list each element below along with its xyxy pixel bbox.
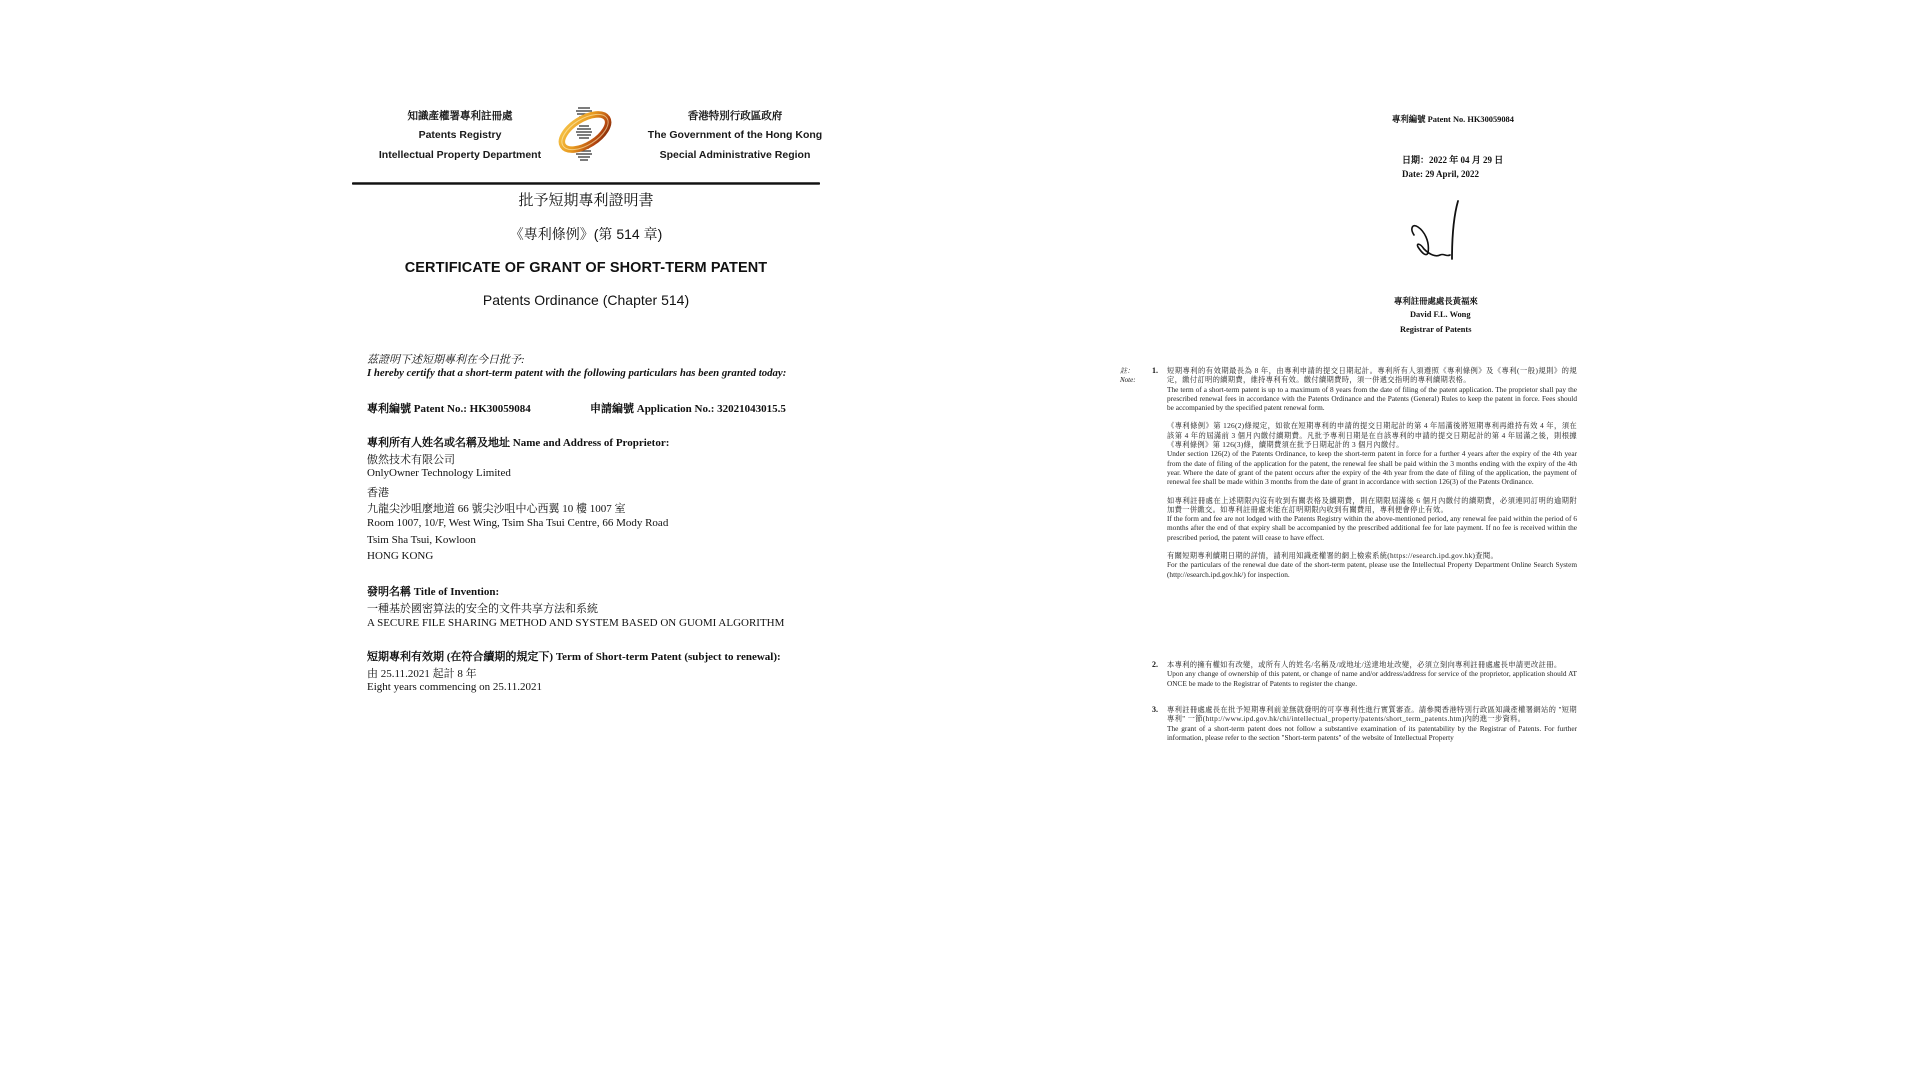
- header-government-en-1: The Government of the Hong Kong: [620, 129, 850, 141]
- note-2: 本專利的擁有權如有改變，或所有人的姓名/名稱及/或地址/送達地址改變，必須立刻向…: [1167, 660, 1577, 697]
- header-divider: [352, 182, 820, 185]
- certify-statement-en: I hereby certify that a short-term paten…: [367, 367, 786, 379]
- patent-number-value: HK30059084: [470, 403, 531, 415]
- application-number-value: 32021043015.5: [717, 403, 786, 415]
- certify-statement-zh: 茲證明下述短期專利在今日批予:: [367, 351, 525, 367]
- note-1: 短期專利的有效期最長為 8 年，由專利申請的提交日期起計。專利所有人須遵照《專利…: [1167, 366, 1577, 588]
- registrar-title-zh: 專利註冊處處長黃福來: [1394, 295, 1478, 307]
- proprietor-line: Tsim Sha Tsui, Kowloon: [367, 534, 476, 546]
- note-number: 3.: [1152, 705, 1158, 714]
- header-registry-en: Patents Registry: [340, 129, 580, 141]
- note-paragraph: 有關短期專利續期日期的詳情，請利用知識產權署的網上檢索系統(https://es…: [1167, 551, 1577, 560]
- note-paragraph: 如專利註冊處在上述期限內沒有收到有關表格及續期費，則在期限屆滿後 6 個月內繳付…: [1167, 496, 1577, 515]
- note-paragraph: 本專利的擁有權如有改變，或所有人的姓名/名稱及/或地址/送達地址改變，必須立刻向…: [1167, 660, 1577, 669]
- issue-date-en: Date: 29 April, 2022: [1402, 169, 1479, 179]
- certificate-title-en: CERTIFICATE OF GRANT OF SHORT-TERM PATEN…: [352, 260, 820, 276]
- patent-number-label: 專利編號 Patent No.:: [367, 403, 467, 415]
- registrar-signature-icon: [1406, 195, 1476, 275]
- proprietor-line: Room 1007, 10/F, West Wing, Tsim Sha Tsu…: [367, 517, 668, 529]
- ordinance-zh: 《專利條例》(第 514 章): [352, 224, 820, 244]
- note-paragraph: 《專利條例》第 126(2)條規定，如欲在短期專利的申請的提交日期起計的第 4 …: [1167, 421, 1577, 449]
- header-registry-zh: 知識產權署專利註冊處: [340, 108, 580, 123]
- invention-title-label: 發明名稱 Title of Invention:: [367, 583, 499, 599]
- note-paragraph: If the form and fee are not lodged with …: [1167, 514, 1577, 542]
- registrar-name: David F.L. Wong: [1410, 310, 1471, 319]
- term-zh: 由 25.11.2021 起計 8 年: [367, 665, 477, 681]
- registrar-title-en: Registrar of Patents: [1400, 325, 1471, 334]
- note-number: 1.: [1152, 366, 1158, 375]
- header-government-en-2: Special Administrative Region: [620, 149, 850, 161]
- proprietor-line: 香港: [367, 484, 389, 500]
- note-3: 專利註冊處處長在批予短期專利前並無就發明的可享專利性進行實質審查。請參閱香港特別…: [1167, 705, 1577, 751]
- note-number: 2.: [1152, 660, 1158, 669]
- header-department-en: Intellectual Property Department: [340, 149, 580, 161]
- note-paragraph: Upon any change of ownership of this pat…: [1167, 669, 1577, 688]
- note-paragraph: The grant of a short-term patent does no…: [1167, 724, 1577, 743]
- proprietor-line: 九龍尖沙咀麼地道 66 號尖沙咀中心西翼 10 樓 1007 室: [367, 500, 626, 516]
- application-number-field: 申請編號 Application No.: 32021043015.5: [590, 400, 786, 416]
- issue-date-zh: 日期：2022 年 04 月 29 日: [1402, 153, 1503, 166]
- invention-title-zh: 一種基於國密算法的安全的文件共享方法和系統: [367, 600, 598, 616]
- note-paragraph: 專利註冊處處長在批予短期專利前並無就發明的可享專利性進行實質審查。請參閱香港特別…: [1167, 705, 1577, 724]
- patent-number-field: 專利編號 Patent No.: HK30059084: [367, 400, 531, 416]
- hk-ipd-ring-logo-icon: [552, 98, 622, 168]
- note-paragraph: 短期專利的有效期最長為 8 年，由專利申請的提交日期起計。專利所有人須遵照《專利…: [1167, 366, 1577, 385]
- term-en: Eight years commencing on 25.11.2021: [367, 681, 542, 693]
- invention-title-en: A SECURE FILE SHARING METHOD AND SYSTEM …: [367, 617, 784, 629]
- note-paragraph: Under section 126(2) of the Patents Ordi…: [1167, 449, 1577, 486]
- proprietor-label: 專利所有人姓名或名稱及地址 Name and Address of Propri…: [367, 434, 669, 450]
- term-label: 短期專利有效期 (在符合續期的規定下) Term of Short-term P…: [367, 648, 781, 664]
- certificate-page: 知識產權署專利註冊處 Patents Registry Intellectual…: [340, 60, 850, 720]
- ordinance-en: Patents Ordinance (Chapter 514): [352, 292, 820, 308]
- header-government-zh: 香港特別行政區政府: [620, 108, 850, 123]
- certificate-notes-page: 專利編號 Patent No. HK30059084 日期：2022 年 04 …: [1110, 60, 1550, 720]
- note-paragraph: For the particulars of the renewal due d…: [1167, 560, 1577, 579]
- note-label-en: Note:: [1120, 376, 1136, 384]
- certificate-title-zh: 批予短期專利證明書: [352, 189, 820, 210]
- proprietor-line: OnlyOwner Technology Limited: [367, 467, 511, 479]
- proprietor-line: HONG KONG: [367, 550, 433, 562]
- patent-number-line: 專利編號 Patent No. HK30059084: [1392, 113, 1514, 125]
- application-number-label: 申請編號 Application No.:: [590, 403, 714, 415]
- proprietor-line: 傲然技术有限公司: [367, 451, 455, 467]
- note-paragraph: The term of a short-term patent is up to…: [1167, 385, 1577, 413]
- note-label-zh: 註：: [1120, 366, 1134, 376]
